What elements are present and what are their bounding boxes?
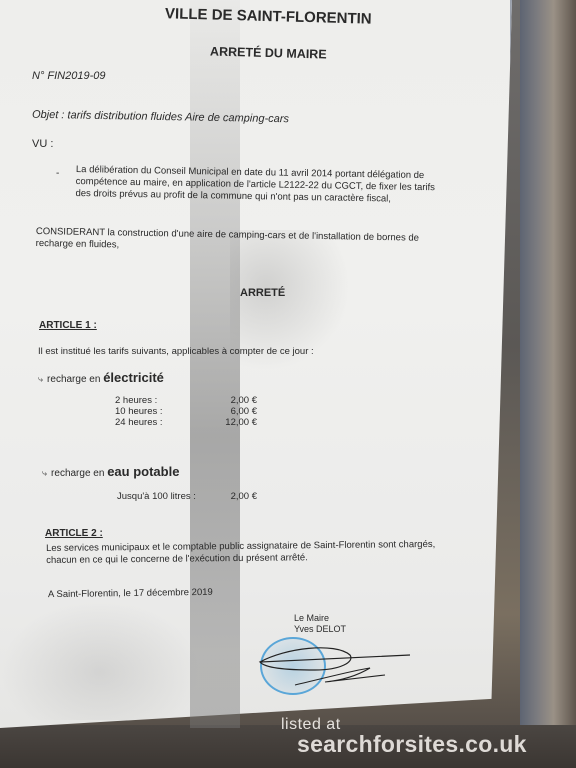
article-1-heading: ARTICLE 1 :: [39, 320, 97, 331]
arrow-icon: ⤷: [42, 468, 47, 479]
signatory-block: Le Maire Yves DELOT: [294, 613, 346, 635]
vu-label: VU :: [32, 138, 53, 150]
article-2-heading: ARTICLE 2 :: [45, 528, 103, 539]
water-label: eau potable: [107, 464, 179, 479]
electricity-label: électricité: [103, 370, 164, 385]
rate-duration: 10 heures :: [115, 406, 163, 417]
signatory-name: Yves DELOT: [294, 624, 346, 635]
reference-number: N° FIN2019-09: [32, 70, 106, 82]
electricity-prefix: recharge en: [47, 374, 100, 385]
place-date: A Saint-Florentin, le 17 décembre 2019: [48, 587, 213, 600]
deliberation-paragraph: La délibération du Conseil Municipal en …: [75, 164, 435, 206]
rate-price: 6,00 €: [231, 406, 257, 417]
rate-duration: Jusqu'à 100 litres :: [117, 491, 196, 502]
rate-price: 12,00 €: [225, 417, 257, 428]
article-1-intro: Il est institué les tarifs suivants, app…: [38, 346, 314, 357]
signature: [255, 640, 415, 690]
electricity-heading: ⤷recharge en électricité: [38, 370, 164, 385]
water-heading: ⤷recharge en eau potable: [42, 464, 179, 479]
rate-row: 24 heures : 12,00 €: [115, 417, 257, 429]
watermark-site: searchforsites.co.uk: [297, 731, 527, 758]
list-dash: -: [56, 168, 59, 179]
display-case-frame: [520, 0, 576, 768]
rate-duration: 24 heures :: [115, 417, 163, 428]
rate-price: 2,00 €: [231, 395, 257, 406]
arrow-icon: ⤷: [38, 374, 43, 385]
rate-row: Jusqu'à 100 litres : 2,00 €: [117, 491, 257, 503]
water-prefix: recharge en: [51, 468, 104, 479]
signatory-title: Le Maire: [294, 613, 346, 624]
rate-price: 2,00 €: [231, 491, 257, 502]
arrete-heading: ARRETÉ: [240, 287, 285, 299]
document-subtitle: ARRETÉ DU MAIRE: [210, 44, 327, 61]
article-2-paragraph: Les services municipaux et le comptable …: [46, 539, 435, 567]
rate-duration: 2 heures :: [115, 395, 157, 406]
